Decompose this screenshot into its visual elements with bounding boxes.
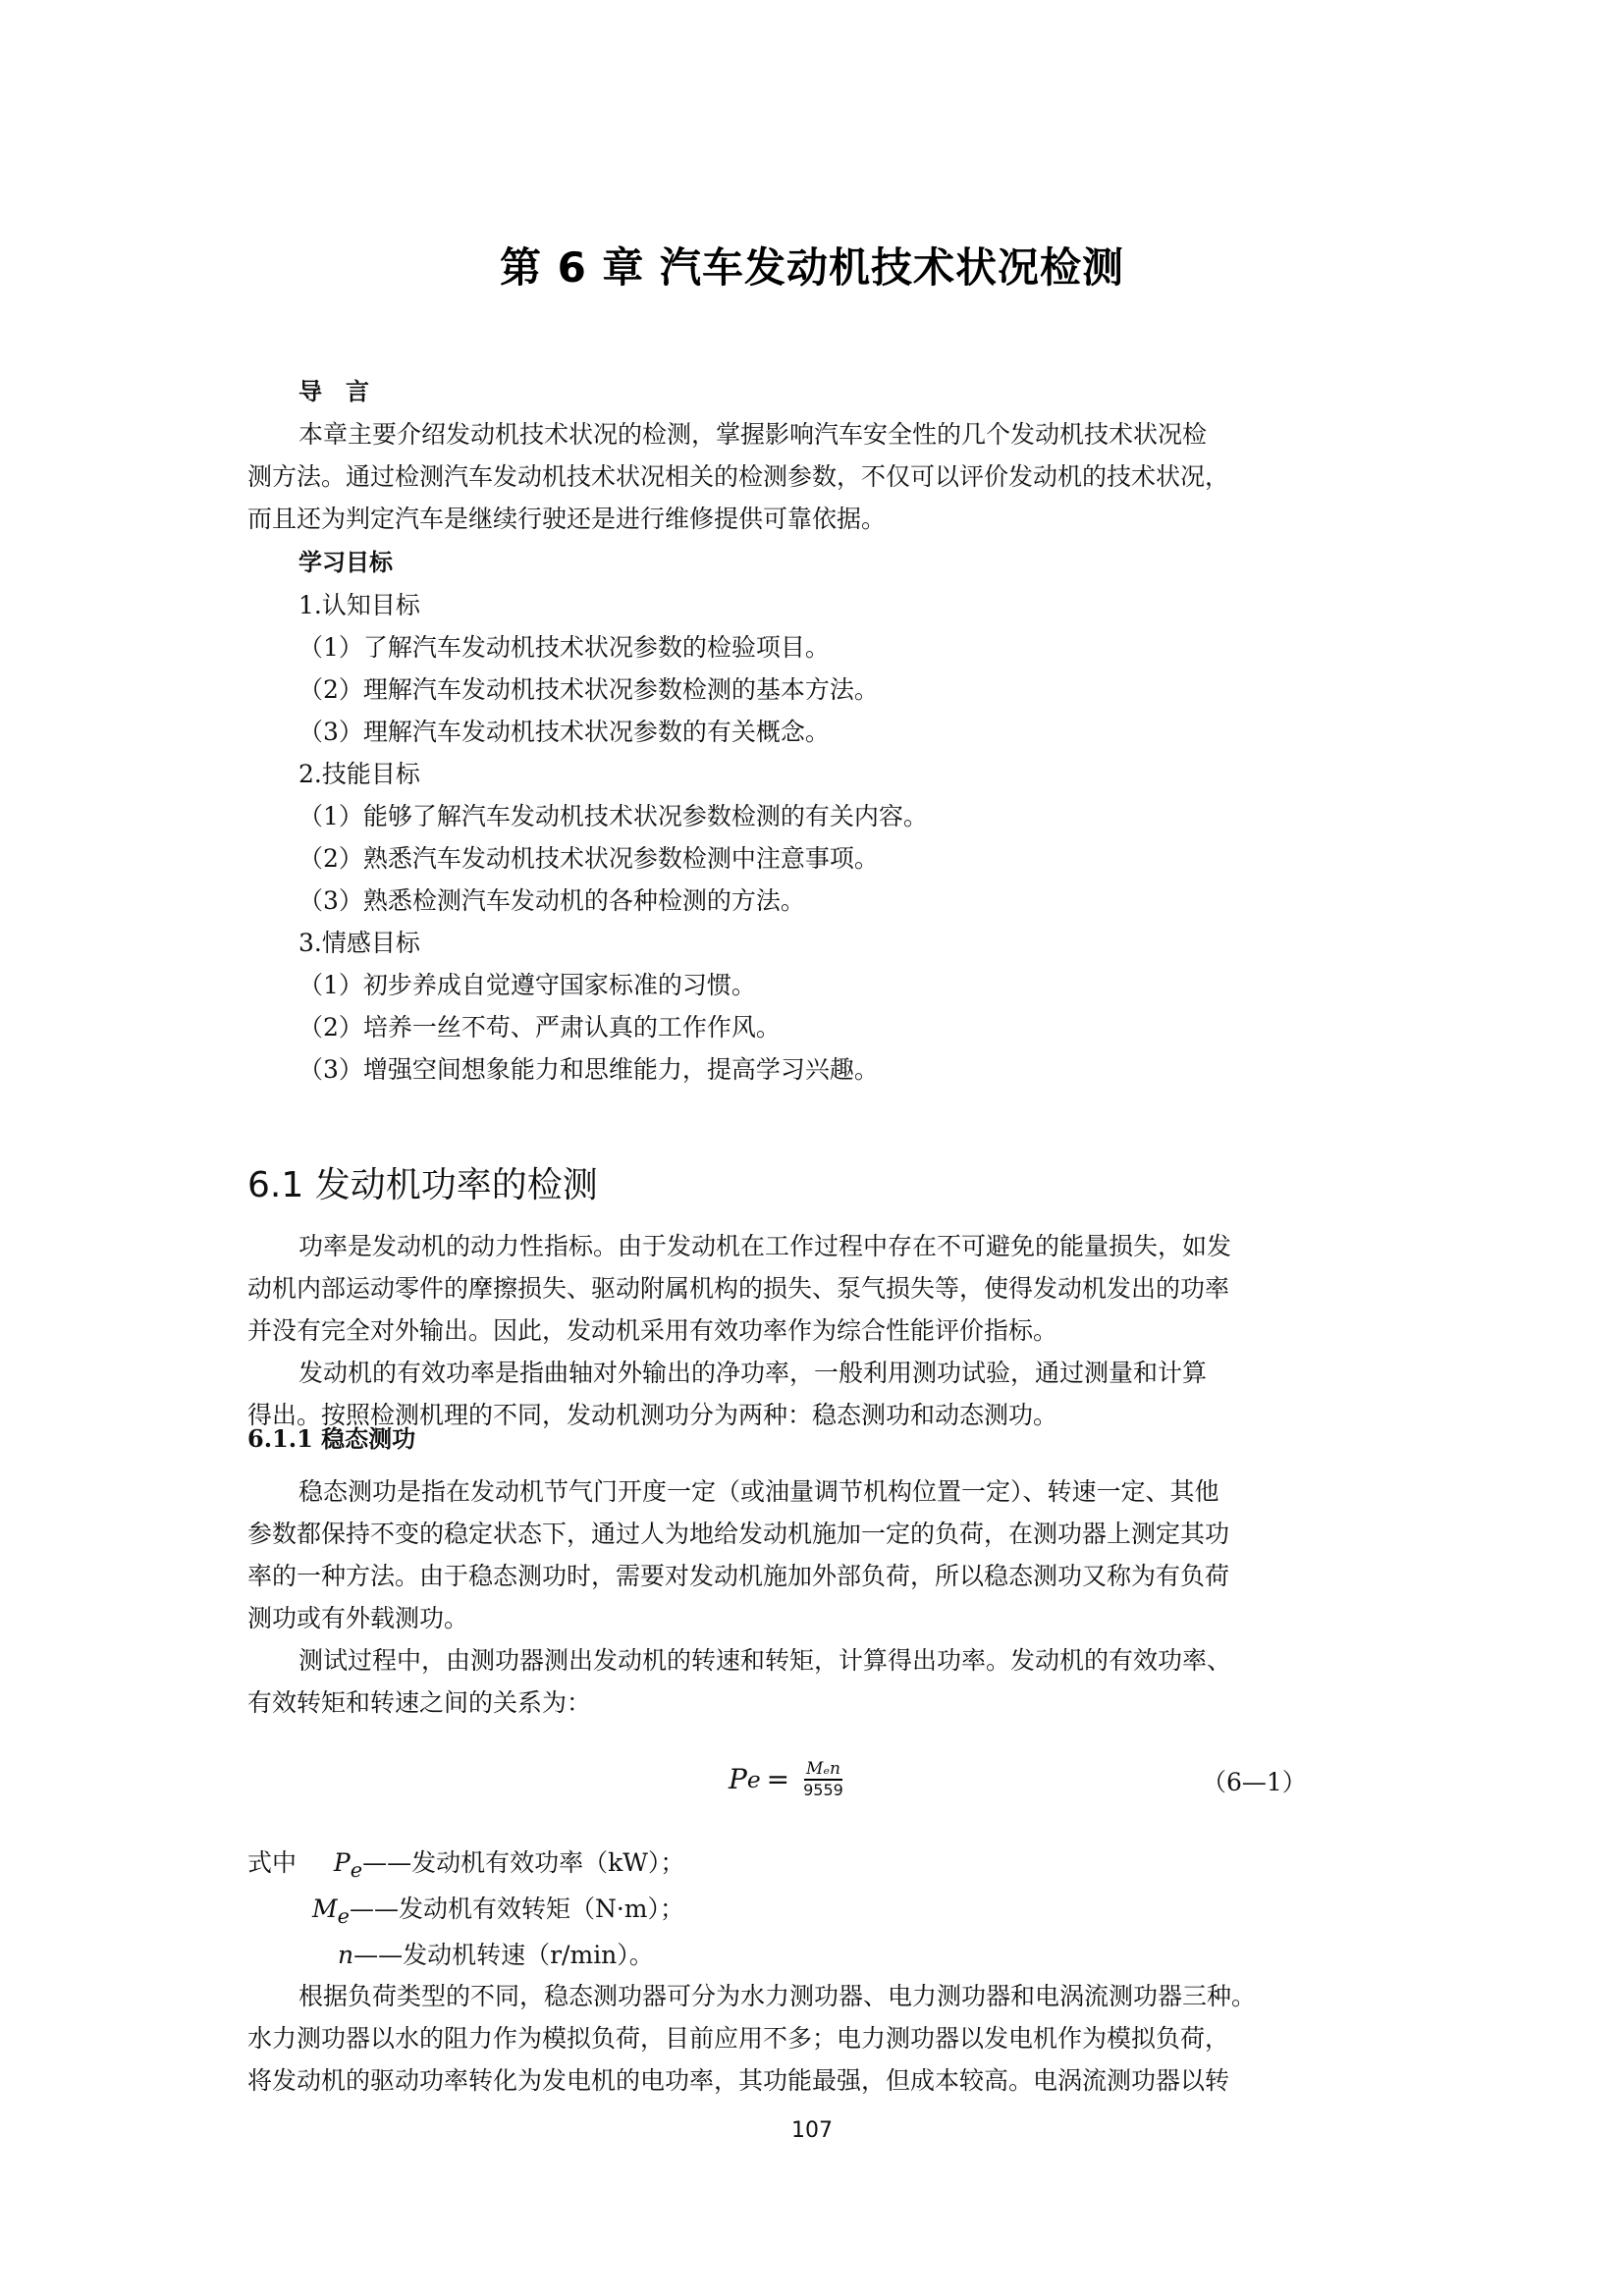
variable-subscript: e — [351, 1858, 362, 1882]
formula-denominator: 9559 — [803, 1781, 843, 1799]
objective-item: （2）理解汽车发动机技术状况参数检测的基本方法。 — [247, 668, 1377, 711]
variable-symbol: n — [338, 1941, 353, 1969]
variable-desc: ——发动机转速（r/min）。 — [353, 1941, 654, 1969]
formula-equals: = — [767, 1763, 789, 1795]
objective-item: （2）培养一丝不苟、严肃认真的工作作风。 — [247, 1006, 1377, 1048]
section-title: 6.1 发动机功率的检测 — [247, 1156, 1377, 1215]
paragraph-line: 率的一种方法。由于稳态测功时，需要对发动机施加外部负荷，所以稳态测功又称为有负荷 — [247, 1555, 1377, 1597]
formula-fraction: Mₑn 9559 — [803, 1759, 843, 1799]
paragraph-line: 功率是发动机的动力性指标。由于发动机在工作过程中存在不可避免的能量损失，如发 — [247, 1225, 1377, 1267]
objective-group-title: 2.技能目标 — [247, 753, 1377, 795]
paragraph-line: 根据负荷类型的不同，稳态测功器可分为水力测功器、电力测功器和电涡流测功器三种。 — [247, 1975, 1377, 2017]
paragraph-line: 有效转矩和转速之间的关系为： — [247, 1682, 1377, 1724]
section-6-1-1: 6.1.1 稳态测功 稳态测功是指在发动机节气门开度一定（或油量调节机构位置一定… — [247, 1415, 1377, 2102]
formula: Pe = Mₑn 9559 — [729, 1759, 843, 1799]
objectives-section: 学习目标 1.认知目标 （1）了解汽车发动机技术状况参数的检验项目。 （2）理解… — [247, 542, 1377, 1091]
section-6-1: 6.1 发动机功率的检测 功率是发动机的动力性指标。由于发动机在工作过程中存在不… — [247, 1156, 1377, 1436]
variable-symbol: P — [334, 1848, 351, 1877]
intro-line: 本章主要介绍发动机技术状况的检测，掌握影响汽车安全性的几个发动机技术状况检 — [247, 413, 1377, 455]
objective-item: （1）初步养成自觉遵守国家标准的习惯。 — [247, 964, 1377, 1006]
variable-subscript: e — [338, 1904, 350, 1928]
variable-row: 式中 Pe——发动机有效功率（kW）； — [247, 1843, 1377, 1890]
chapter-title: 第 6 章 汽车发动机技术状况检测 — [0, 236, 1624, 294]
equation-6-1: Pe = Mₑn 9559 （6—1） — [247, 1751, 1377, 1830]
paragraph-line: 测试过程中，由测功器测出发动机的转速和转矩，计算得出功率。发动机的有效功率、 — [247, 1639, 1377, 1682]
subsection-title: 6.1.1 稳态测功 — [247, 1415, 1377, 1463]
objective-group-title: 3.情感目标 — [247, 922, 1377, 964]
where-label: 式中 — [247, 1848, 297, 1877]
formula-lhs: P — [729, 1763, 747, 1795]
objectives-heading: 学习目标 — [247, 542, 1377, 584]
paragraph-line: 稳态测功是指在发动机节气门开度一定（或油量调节机构位置一定）、转速一定、其他 — [247, 1470, 1377, 1513]
intro-line: 而且还为判定汽车是继续行驶还是进行维修提供可靠依据。 — [247, 498, 1377, 540]
variable-row: Me——发动机有效转矩（N·m）； — [247, 1890, 1377, 1936]
variable-desc: ——发动机有效功率（kW）； — [362, 1848, 684, 1877]
objective-item: （1）能够了解汽车发动机技术状况参数检测的有关内容。 — [247, 795, 1377, 837]
document-page: 第 6 章 汽车发动机技术状况检测 导 言 本章主要介绍发动机技术状况的检测，掌… — [0, 0, 1624, 2296]
variable-desc: ——发动机有效转矩（N·m）； — [350, 1895, 684, 1923]
variable-symbol: M — [312, 1895, 338, 1923]
paragraph-line: 并没有完全对外输出。因此，发动机采用有效功率作为综合性能评价指标。 — [247, 1309, 1377, 1352]
intro-section: 导 言 本章主要介绍发动机技术状况的检测，掌握影响汽车安全性的几个发动机技术状况… — [247, 371, 1377, 540]
objective-item: （3）理解汽车发动机技术状况参数的有关概念。 — [247, 711, 1377, 753]
formula-lhs-sub: e — [747, 1766, 761, 1793]
variable-row: n——发动机转速（r/min）。 — [247, 1936, 1377, 1975]
intro-line: 测方法。通过检测汽车发动机技术状况相关的检测参数，不仅可以评价发动机的技术状况， — [247, 455, 1377, 498]
objective-item: （3）增强空间想象能力和思维能力，提高学习兴趣。 — [247, 1048, 1377, 1091]
paragraph-line: 将发动机的驱动功率转化为发电机的电功率，其功能最强，但成本较高。电涡流测功器以转 — [247, 2059, 1377, 2102]
paragraph-line: 发动机的有效功率是指曲轴对外输出的净功率，一般利用测功试验，通过测量和计算 — [247, 1352, 1377, 1394]
paragraph-line: 测功或有外载测功。 — [247, 1597, 1377, 1639]
paragraph-line: 参数都保持不变的稳定状态下，通过人为地给发动机施加一定的负荷，在测功器上测定其功 — [247, 1513, 1377, 1555]
equation-number: （6—1） — [1202, 1763, 1307, 1798]
objective-item: （2）熟悉汽车发动机技术状况参数检测中注意事项。 — [247, 837, 1377, 880]
paragraph-line: 动机内部运动零件的摩擦损失、驱动附属机构的损失、泵气损失等，使得发动机发出的功率 — [247, 1267, 1377, 1309]
objective-item: （1）了解汽车发动机技术状况参数的检验项目。 — [247, 626, 1377, 668]
formula-numerator: Mₑn — [804, 1759, 842, 1781]
variable-definitions: 式中 Pe——发动机有效功率（kW）； Me——发动机有效转矩（N·m）； n—… — [247, 1843, 1377, 1975]
page-number: 107 — [0, 2118, 1624, 2143]
objective-group-title: 1.认知目标 — [247, 584, 1377, 626]
intro-heading: 导 言 — [247, 371, 1377, 413]
objective-item: （3）熟悉检测汽车发动机的各种检测的方法。 — [247, 880, 1377, 922]
paragraph-line: 水力测功器以水的阻力作为模拟负荷，目前应用不多；电力测功器以发电机作为模拟负荷， — [247, 2017, 1377, 2059]
